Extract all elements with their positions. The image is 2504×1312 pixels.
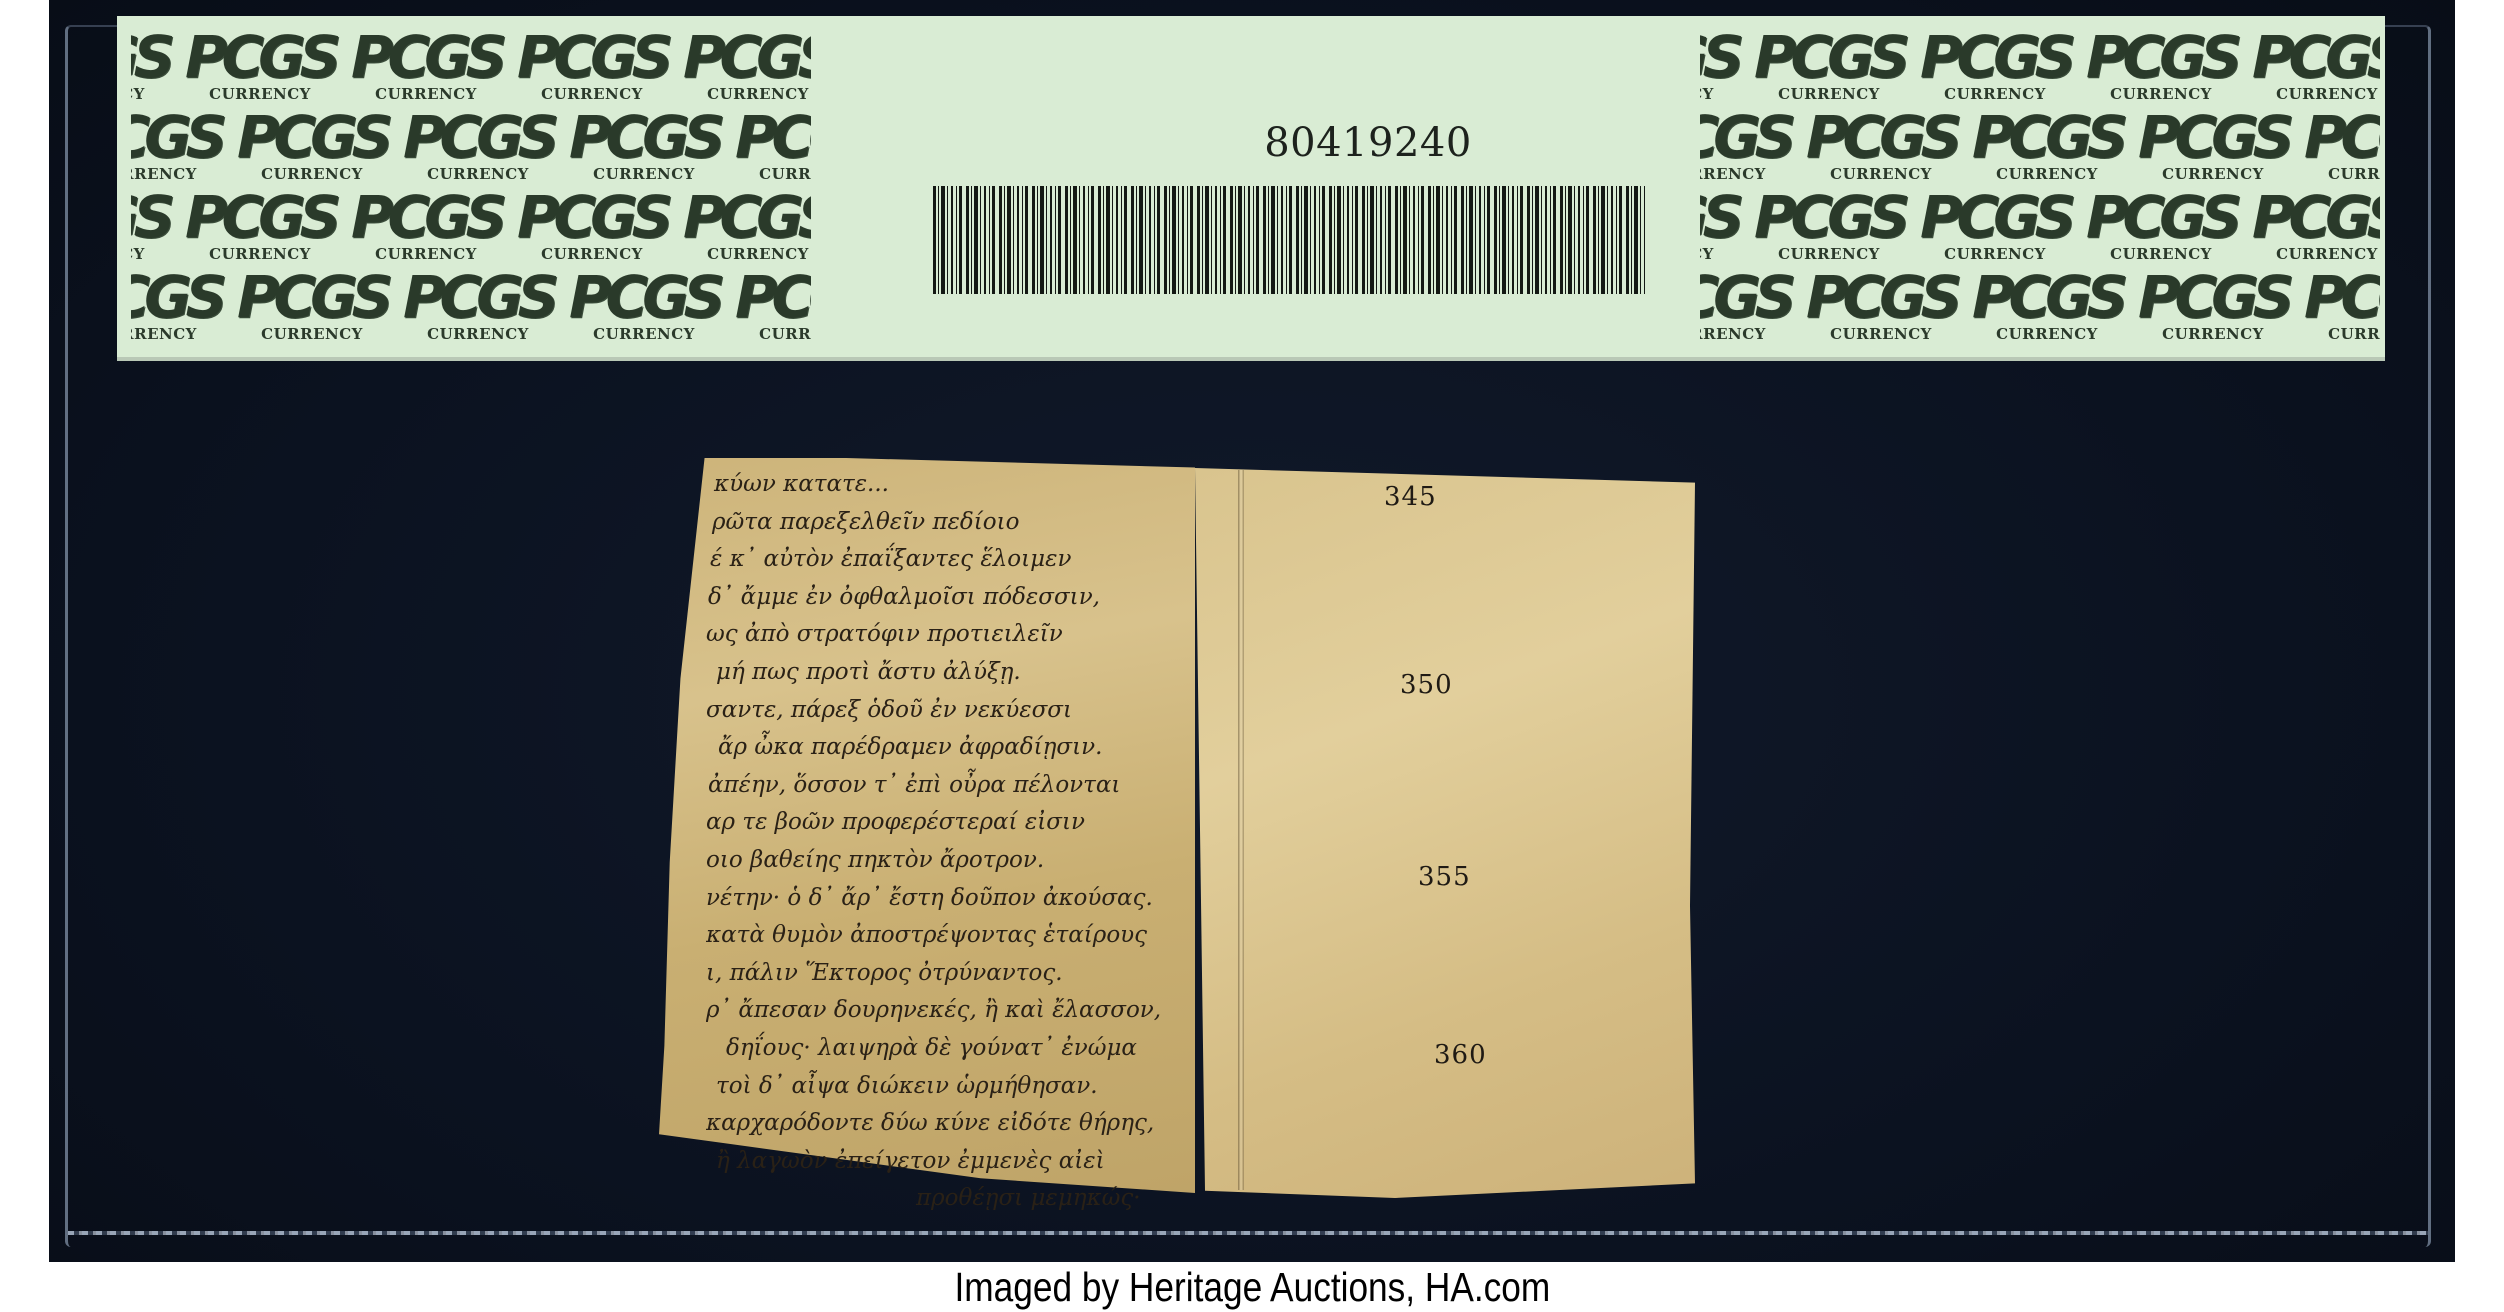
logo-mark: PCGS: [2138, 108, 2288, 166]
pcgs-logo-icon: PCGSCURRENCY: [2304, 108, 2380, 182]
logo-mark: PCGS: [1972, 268, 2122, 326]
pcgs-logo-icon: PCGSCURRENCY: [735, 268, 811, 342]
verse-line: νέτην· ὁ δ᾽ ἄρ᾽ ἔστη δοῦπον ἀκούσας.: [706, 880, 1226, 918]
logo-mark: PCGS: [2086, 188, 2236, 246]
logo-mark: PCGS: [2252, 188, 2380, 246]
logo-mark: PCGS: [1920, 188, 2070, 246]
pcgs-logo-icon: PCGSCURRENCY: [131, 28, 169, 102]
note-right-page: [1195, 468, 1695, 1198]
logo-mark: PCGS: [237, 108, 387, 166]
logo-row: PCGSCURRENCYPCGSCURRENCYPCGSCURRENCYPCGS…: [131, 188, 811, 268]
logo-mark: PCGS: [2304, 268, 2380, 326]
logo-mark: PCGS: [1754, 188, 1904, 246]
pcgs-logo-icon: PCGSCURRENCY: [1972, 108, 2122, 182]
pcgs-logo-icon: PCGSCURRENCY: [683, 28, 811, 102]
pcgs-logo-icon: PCGSCURRENCY: [1700, 28, 1738, 102]
logo-row: PCGSCURRENCYPCGSCURRENCYPCGSCURRENCYPCGS…: [131, 108, 811, 188]
pcgs-logo-icon: PCGSCURRENCY: [403, 108, 553, 182]
pcgs-logo-icon: PCGSCURRENCY: [735, 108, 811, 182]
line-number-360: 360: [1434, 1040, 1487, 1070]
logo-mark: PCGS: [517, 28, 667, 86]
logo-mark: PCGS: [569, 268, 719, 326]
pcgs-logo-icon: PCGSCURRENCY: [2086, 28, 2236, 102]
logo-mark: PCGS: [403, 268, 553, 326]
pcgs-logo-icon: PCGSCURRENCY: [2086, 188, 2236, 262]
pcgs-logo-icon: PCGSCURRENCY: [2252, 188, 2380, 262]
logo-mark: PCGS: [735, 108, 811, 166]
logo-mark: PCGS: [1700, 28, 1738, 86]
grading-label: PCGSCURRENCYPCGSCURRENCYPCGSCURRENCYPCGS…: [117, 16, 2385, 357]
verse-line: κατὰ θυμὸν ἀποστρέψοντας ἑταίρους: [706, 917, 1226, 955]
verse-line: μή πως προτὶ ἄστυ ἀλύξῃ.: [706, 654, 1226, 692]
pcgs-logo-icon: PCGSCURRENCY: [2138, 268, 2288, 342]
pcgs-logo-icon: PCGSCURRENCY: [569, 108, 719, 182]
verse-line: ἀπέην, ὅσσον τ᾽ ἐπὶ οὖρα πέλονται: [706, 767, 1226, 805]
verse-line: δ᾽ ἄμμε ἐν ὀφθαλμοῖσι πόδεσσιν,: [706, 579, 1226, 617]
verse-line: σαντε, πάρεξ ὁδοῦ ἐν νεκύεσσι: [706, 692, 1226, 730]
sleeve-bottom-edge: [68, 1231, 2428, 1235]
verse-line: καρχαρόδοντε δύω κύνε εἰδότε θήρης,: [706, 1105, 1226, 1143]
logo-mark: PCGS: [351, 28, 501, 86]
logo-mark: PCGS: [351, 188, 501, 246]
logo-mark: PCGS: [2252, 28, 2380, 86]
logo-mark: PCGS: [131, 268, 221, 326]
logo-mark: PCGS: [1920, 28, 2070, 86]
pcgs-logo-icon: PCGSCURRENCY: [2138, 108, 2288, 182]
logo-pattern-right: PCGSCURRENCYPCGSCURRENCYPCGSCURRENCYPCGS…: [1700, 28, 2380, 350]
pcgs-logo-icon: PCGSCURRENCY: [1700, 188, 1738, 262]
pcgs-logo-icon: PCGSCURRENCY: [569, 268, 719, 342]
pcgs-logo-icon: PCGSCURRENCY: [1700, 268, 1790, 342]
pcgs-logo-icon: PCGSCURRENCY: [1972, 268, 2122, 342]
pcgs-logo-icon: PCGSCURRENCY: [2252, 28, 2380, 102]
pcgs-logo-icon: PCGSCURRENCY: [683, 188, 811, 262]
verse-line: ως ἀπὸ στρατόφιν προτιειλεῖν: [706, 616, 1226, 654]
logo-mark: PCGS: [683, 28, 811, 86]
barcode: [933, 186, 1645, 294]
logo-mark: PCGS: [1700, 108, 1790, 166]
pcgs-logo-icon: PCGSCURRENCY: [517, 28, 667, 102]
pcgs-logo-icon: PCGSCURRENCY: [517, 188, 667, 262]
logo-row: PCGSCURRENCYPCGSCURRENCYPCGSCURRENCYPCGS…: [1700, 188, 2380, 268]
verse-line: ἄρ ὦκα παρέδραμεν ἀφραδίῃσιν.: [706, 729, 1226, 767]
logo-mark: PCGS: [131, 28, 169, 86]
pcgs-logo-icon: PCGSCURRENCY: [1806, 108, 1956, 182]
logo-row: PCGSCURRENCYPCGSCURRENCYPCGSCURRENCYPCGS…: [1700, 28, 2380, 108]
logo-mark: PCGS: [1700, 268, 1790, 326]
verse-line: κύων κατατε...: [706, 466, 1226, 504]
logo-mark: PCGS: [735, 268, 811, 326]
pcgs-logo-icon: PCGSCURRENCY: [237, 108, 387, 182]
line-number-355: 355: [1418, 862, 1471, 892]
pcgs-logo-icon: PCGSCURRENCY: [131, 188, 169, 262]
verse-line: ι, πάλιν Ἕκτορος ὀτρύναντος.: [706, 955, 1226, 993]
logo-row: PCGSCURRENCYPCGSCURRENCYPCGSCURRENCYPCGS…: [1700, 108, 2380, 188]
logo-mark: PCGS: [185, 28, 335, 86]
note-fold-split: [1238, 470, 1244, 1190]
image-credit-caption: Imaged by Heritage Auctions, HA.com: [0, 1262, 2504, 1312]
pcgs-logo-icon: PCGSCURRENCY: [185, 28, 335, 102]
pcgs-logo-icon: PCGSCURRENCY: [1754, 28, 1904, 102]
logo-mark: PCGS: [1806, 268, 1956, 326]
logo-mark: PCGS: [2086, 28, 2236, 86]
verse-line: ἢ λαγωὸν ἐπείγετον ἐμμενὲς αἰεὶ: [706, 1143, 1226, 1181]
pcgs-logo-icon: PCGSCURRENCY: [351, 188, 501, 262]
logo-mark: PCGS: [2304, 108, 2380, 166]
logo-row: PCGSCURRENCYPCGSCURRENCYPCGSCURRENCYPCGS…: [131, 28, 811, 108]
verse-line: ρῶτα παρεξελθεῖν πεδίοιο: [706, 504, 1226, 542]
pcgs-logo-icon: PCGSCURRENCY: [1920, 28, 2070, 102]
pcgs-logo-icon: PCGSCURRENCY: [1920, 188, 2070, 262]
pcgs-logo-icon: PCGSCURRENCY: [131, 108, 221, 182]
logo-mark: PCGS: [403, 108, 553, 166]
logo-row: PCGSCURRENCYPCGSCURRENCYPCGSCURRENCYPCGS…: [1700, 268, 2380, 348]
logo-mark: PCGS: [131, 108, 221, 166]
logo-mark: PCGS: [1972, 108, 2122, 166]
pcgs-logo-icon: PCGSCURRENCY: [351, 28, 501, 102]
verse-line: αρ τε βοῶν προφερέστεραί εἰσιν: [706, 804, 1226, 842]
verse-line: έ κ᾽ αὐτὸν ἐπαΐξαντες ἕλοιμεν: [706, 541, 1226, 579]
logo-mark: PCGS: [185, 188, 335, 246]
logo-mark: PCGS: [569, 108, 719, 166]
logo-mark: PCGS: [131, 188, 169, 246]
greek-verse-text: κύων κατατε... ρῶτα παρεξελθεῖν πεδίοιο …: [706, 466, 1226, 1218]
logo-mark: PCGS: [517, 188, 667, 246]
pcgs-logo-icon: PCGSCURRENCY: [1754, 188, 1904, 262]
caption-text: Imaged by Heritage Auctions, HA.com: [954, 1262, 1550, 1312]
logo-mark: PCGS: [1754, 28, 1904, 86]
pcgs-logo-icon: PCGSCURRENCY: [237, 268, 387, 342]
pcgs-logo-icon: PCGSCURRENCY: [403, 268, 553, 342]
pcgs-logo-icon: PCGSCURRENCY: [185, 188, 335, 262]
verse-line: δηΐους· λαιψηρὰ δὲ γούνατ᾽ ἐνώμα: [706, 1030, 1226, 1068]
line-number-345: 345: [1384, 482, 1437, 512]
logo-mark: PCGS: [1700, 188, 1738, 246]
verse-line: προθέῃσι μεμηκώς·: [706, 1180, 1226, 1218]
logo-mark: PCGS: [2138, 268, 2288, 326]
logo-row: PCGSCURRENCYPCGSCURRENCYPCGSCURRENCYPCGS…: [131, 268, 811, 348]
logo-mark: PCGS: [1806, 108, 1956, 166]
verse-line: τοὶ δ᾽ αἶψα διώκειν ὡρμήθησαν.: [706, 1068, 1226, 1106]
logo-pattern-left: PCGSCURRENCYPCGSCURRENCYPCGSCURRENCYPCGS…: [131, 28, 811, 350]
pcgs-logo-icon: PCGSCURRENCY: [131, 268, 221, 342]
verse-line: ρ᾽ ἄπεσαν δουρηνεκές, ἢ καὶ ἔλασσον,: [706, 992, 1226, 1030]
serial-number: 80419240: [1243, 120, 1493, 166]
pcgs-logo-icon: PCGSCURRENCY: [1806, 268, 1956, 342]
logo-mark: PCGS: [683, 188, 811, 246]
logo-mark: PCGS: [237, 268, 387, 326]
line-number-350: 350: [1400, 670, 1453, 700]
pcgs-logo-icon: PCGSCURRENCY: [1700, 108, 1790, 182]
pcgs-logo-icon: PCGSCURRENCY: [2304, 268, 2380, 342]
verse-line: οιο βαθείης πηκτὸν ἄροτρον.: [706, 842, 1226, 880]
